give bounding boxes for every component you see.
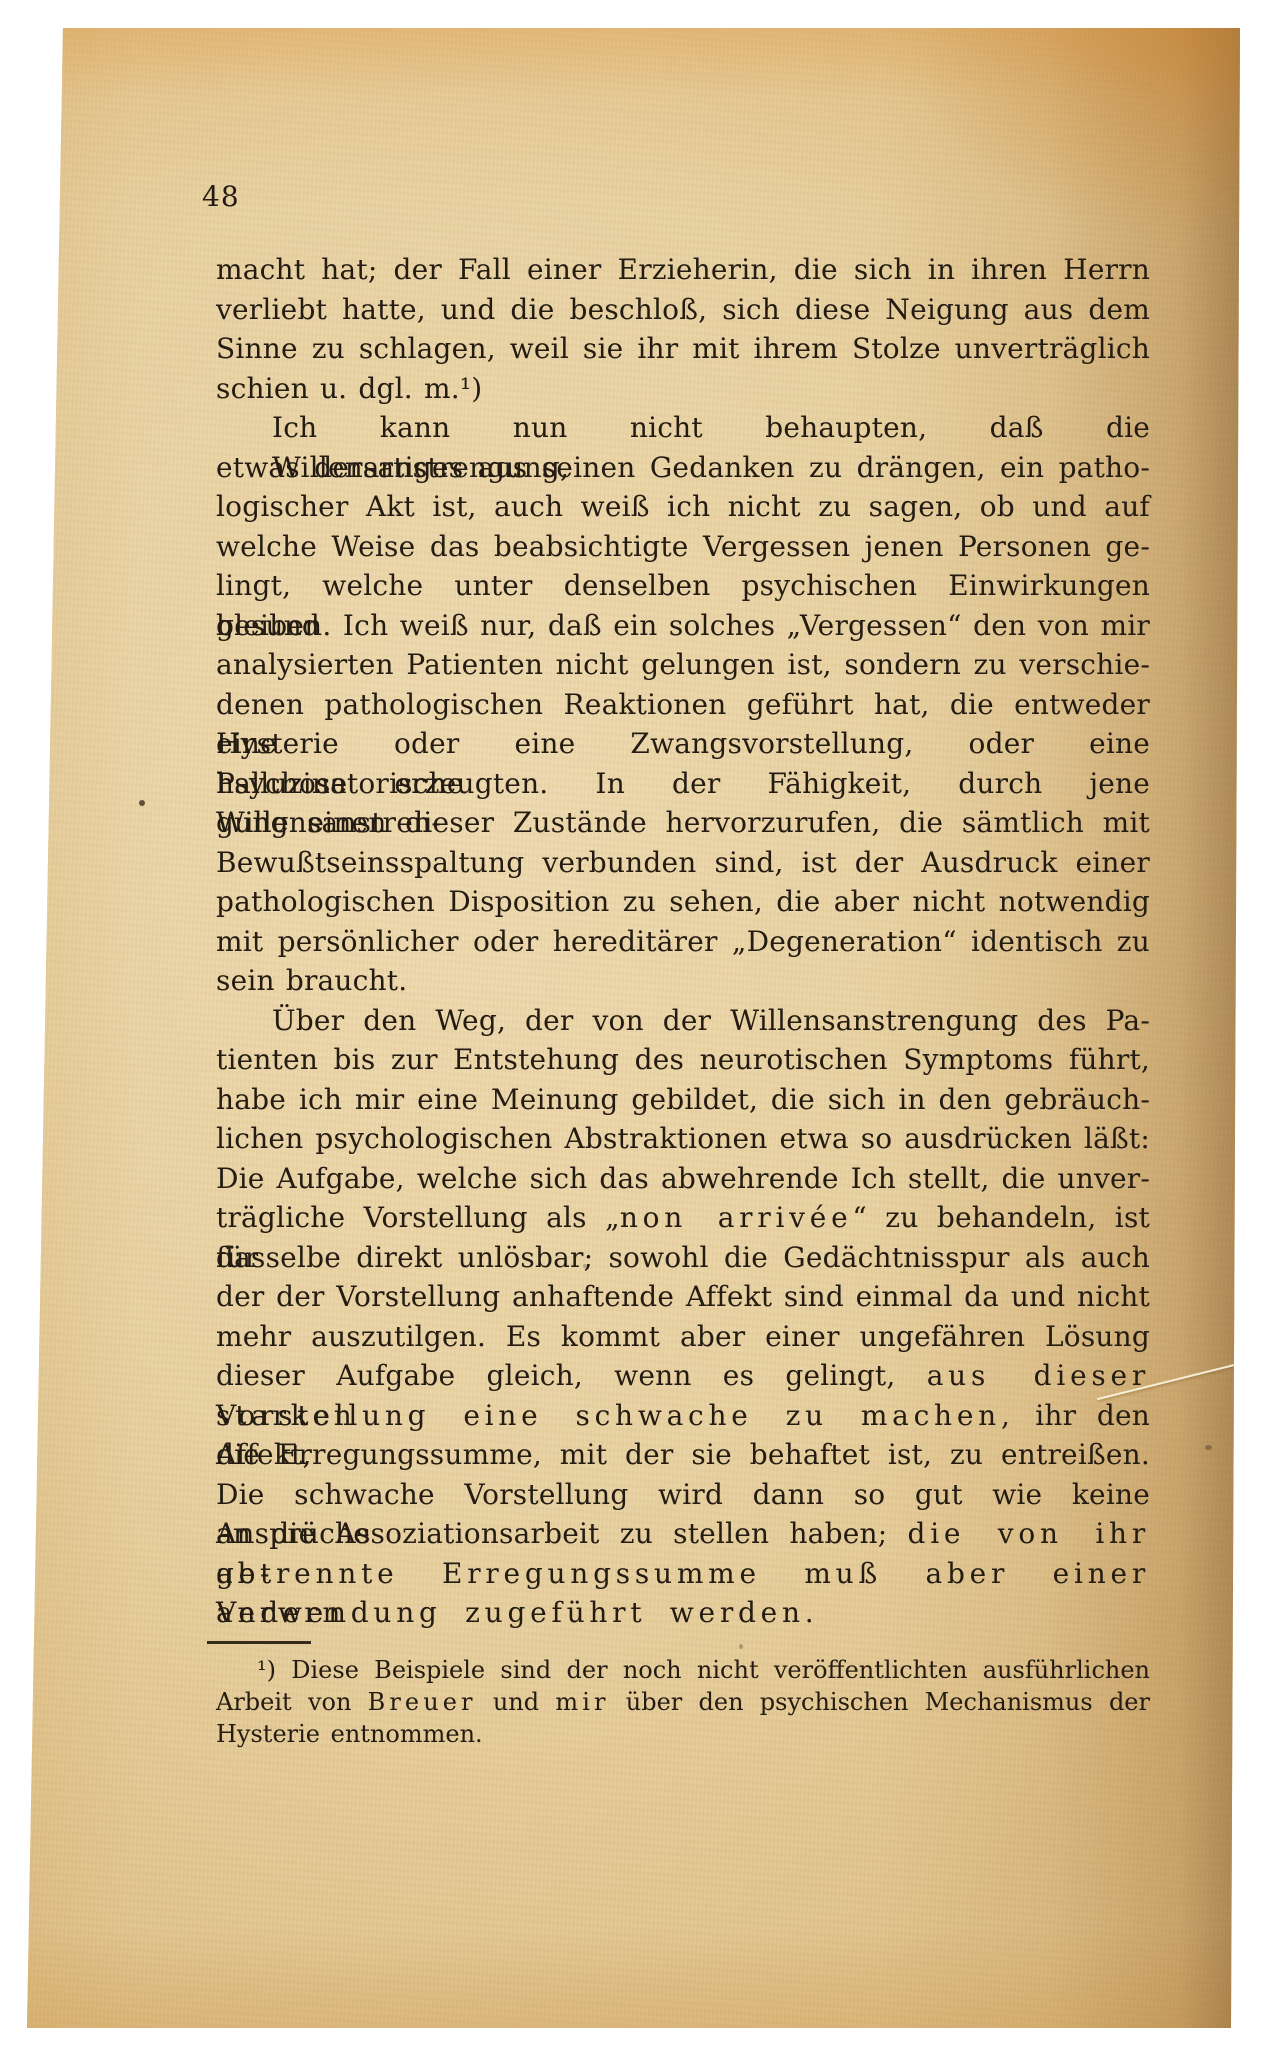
text-line: Über den Weg, der von der Willensanstren… xyxy=(216,1001,1150,1041)
text-segment: Arbeit von xyxy=(216,1688,368,1716)
text-line: getrennte Erregungssumme muß aber einer … xyxy=(216,1554,1150,1594)
text-segment: der der Vorstellung anhaftende Affekt si… xyxy=(216,1280,1150,1313)
text-line: logischer Akt ist, auch weiß ich nicht z… xyxy=(216,487,1150,527)
text-segment: lichen psychologischen Abstraktionen etw… xyxy=(216,1122,1150,1155)
text-segment: etwas derartiges aus seinen Gedanken zu … xyxy=(216,451,1150,484)
page-number: 48 xyxy=(202,180,240,213)
text-line: bleiben. Ich weiß nur, daß ein solches „… xyxy=(216,606,1150,646)
letterspaced-emphasis: Breuer xyxy=(368,1688,477,1716)
text-line: schien u. dgl. m.¹) xyxy=(216,369,1150,409)
text-segment: analysierten Patienten nicht gelungen is… xyxy=(216,648,1150,681)
text-line: Die Aufgabe, welche sich das abwehrende … xyxy=(216,1159,1150,1199)
text-line: verliebt hatte, und die beschloß, sich d… xyxy=(216,290,1150,330)
text-segment: schien u. dgl. m.¹) xyxy=(216,372,482,405)
text-line: analysierten Patienten nicht gelungen is… xyxy=(216,645,1150,685)
text-line: Arbeit von Breuer und mir über den psych… xyxy=(216,1686,1150,1718)
footnote-text: ¹) Diese Beispiele sind der noch nicht v… xyxy=(216,1654,1150,1750)
text-line: Ich kann nun nicht behaupten, daß die Wi… xyxy=(216,408,1150,448)
text-segment: Hysterie entnommen. xyxy=(216,1720,483,1748)
text-line: Sinne zu schlagen, weil sie ihr mit ihre… xyxy=(216,329,1150,369)
text-line: Die schwache Vorstellung wird dann so gu… xyxy=(216,1475,1150,1515)
footnote-separator-rule xyxy=(207,1641,311,1644)
text-line: Hysterie oder eine Zwangsvorstellung, od… xyxy=(216,724,1150,764)
text-line: Bewußtseinsspaltung verbunden sind, ist … xyxy=(216,843,1150,883)
text-segment: bleiben. Ich weiß nur, daß ein solches „… xyxy=(216,609,1150,642)
body-text: macht hat; der Fall einer Erzieherin, di… xyxy=(216,250,1150,1633)
ink-speck xyxy=(139,800,145,806)
text-segment: tienten bis zur Entstehung des neurotisc… xyxy=(216,1043,1150,1076)
text-line: die Erregungssumme, mit der sie behaftet… xyxy=(216,1435,1150,1475)
text-line: mit persönlicher oder hereditärer „Degen… xyxy=(216,922,1150,962)
text-segment: pathologischen Disposition zu sehen, die… xyxy=(216,885,1150,918)
text-line: Psychose erzeugten. In der Fähigkeit, du… xyxy=(216,764,1150,804)
text-line: dasselbe direkt unlösbar; sowohl die Ged… xyxy=(216,1238,1150,1278)
text-segment: mehr auszutilgen. Es kommt aber einer un… xyxy=(216,1320,1150,1353)
text-line: mehr auszutilgen. Es kommt aber einer un… xyxy=(216,1317,1150,1357)
text-line: lingt, welche unter denselben psychische… xyxy=(216,566,1150,606)
text-line: welche Weise das beabsichtigte Vergessen… xyxy=(216,527,1150,567)
text-segment: Über den Weg, der von der Willensanstren… xyxy=(272,1004,1150,1037)
ink-speck xyxy=(1205,1445,1212,1450)
text-line: gung einen dieser Zustände hervorzurufen… xyxy=(216,803,1150,843)
text-line: an die Assoziationsarbeit zu stellen hab… xyxy=(216,1514,1150,1554)
text-line: Vorstellung eine schwache zu machen, ihr… xyxy=(216,1396,1150,1436)
text-segment: an die Assoziationsarbeit zu stellen hab… xyxy=(216,1517,908,1550)
text-line: pathologischen Disposition zu sehen, die… xyxy=(216,882,1150,922)
letterspaced-emphasis: Vorstellung eine schwache zu machen, xyxy=(216,1399,1015,1432)
text-line: dieser Aufgabe gleich, wenn es gelingt, … xyxy=(216,1356,1150,1396)
text-line: Verwendung zugeführt werden. xyxy=(216,1593,1150,1633)
text-line: habe ich mir eine Meinung gebildet, die … xyxy=(216,1080,1150,1120)
text-line: ¹) Diese Beispiele sind der noch nicht v… xyxy=(216,1654,1150,1686)
text-line: der der Vorstellung anhaftende Affekt si… xyxy=(216,1277,1150,1317)
text-segment: dieser Aufgabe gleich, wenn es gelingt, xyxy=(216,1359,927,1392)
text-line: macht hat; der Fall einer Erzieherin, di… xyxy=(216,250,1150,290)
ink-speck xyxy=(583,1264,587,1268)
letterspaced-emphasis: mir xyxy=(555,1688,609,1716)
text-line: trägliche Vorstellung als „non arrivée“ … xyxy=(216,1198,1150,1238)
text-segment: habe ich mir eine Meinung gebildet, die … xyxy=(216,1083,1150,1116)
text-segment: über den psychischen Mechanismus der xyxy=(610,1688,1150,1716)
scanned-book-page: 48 macht hat; der Fall einer Erzieherin,… xyxy=(0,0,1271,2060)
text-segment: welche Weise das beabsichtigte Vergessen… xyxy=(216,530,1150,563)
text-segment: mit persönlicher oder hereditärer „Degen… xyxy=(216,925,1150,958)
text-segment: die Erregungssumme, mit der sie behaftet… xyxy=(216,1438,1150,1471)
text-segment: gung einen dieser Zustände hervorzurufen… xyxy=(216,806,1150,839)
text-segment: dasselbe direkt unlösbar; sowohl die Ged… xyxy=(216,1241,1150,1274)
letterspaced-emphasis: Verwendung zugeführt werden. xyxy=(216,1596,818,1629)
text-segment: Sinne zu schlagen, weil sie ihr mit ihre… xyxy=(216,332,1150,365)
text-line: Hysterie entnommen. xyxy=(216,1718,1150,1750)
text-segment: Die Aufgabe, welche sich das abwehrende … xyxy=(216,1162,1150,1195)
text-line: sein braucht. xyxy=(216,961,1150,1001)
text-segment: logischer Akt ist, auch weiß ich nicht z… xyxy=(216,490,1150,523)
text-segment: trägliche Vorstellung als „ xyxy=(216,1201,620,1234)
text-segment: macht hat; der Fall einer Erzieherin, di… xyxy=(216,253,1150,286)
text-line: denen pathologischen Reaktionen geführt … xyxy=(216,685,1150,725)
text-line: tienten bis zur Entstehung des neurotisc… xyxy=(216,1040,1150,1080)
text-line: etwas derartiges aus seinen Gedanken zu … xyxy=(216,448,1150,488)
letterspaced-emphasis: non arrivée xyxy=(620,1201,853,1234)
book-page-paper: 48 macht hat; der Fall einer Erzieherin,… xyxy=(27,28,1240,2028)
text-segment: und xyxy=(477,1688,556,1716)
text-segment: ¹) Diese Beispiele sind der noch nicht v… xyxy=(257,1656,1150,1684)
ink-speck xyxy=(739,1644,743,1649)
text-segment: Bewußtseinsspaltung verbunden sind, ist … xyxy=(216,846,1150,879)
text-line: lichen psychologischen Abstraktionen etw… xyxy=(216,1119,1150,1159)
text-segment: sein braucht. xyxy=(216,964,407,997)
text-segment: verliebt hatte, und die beschloß, sich d… xyxy=(216,293,1150,326)
